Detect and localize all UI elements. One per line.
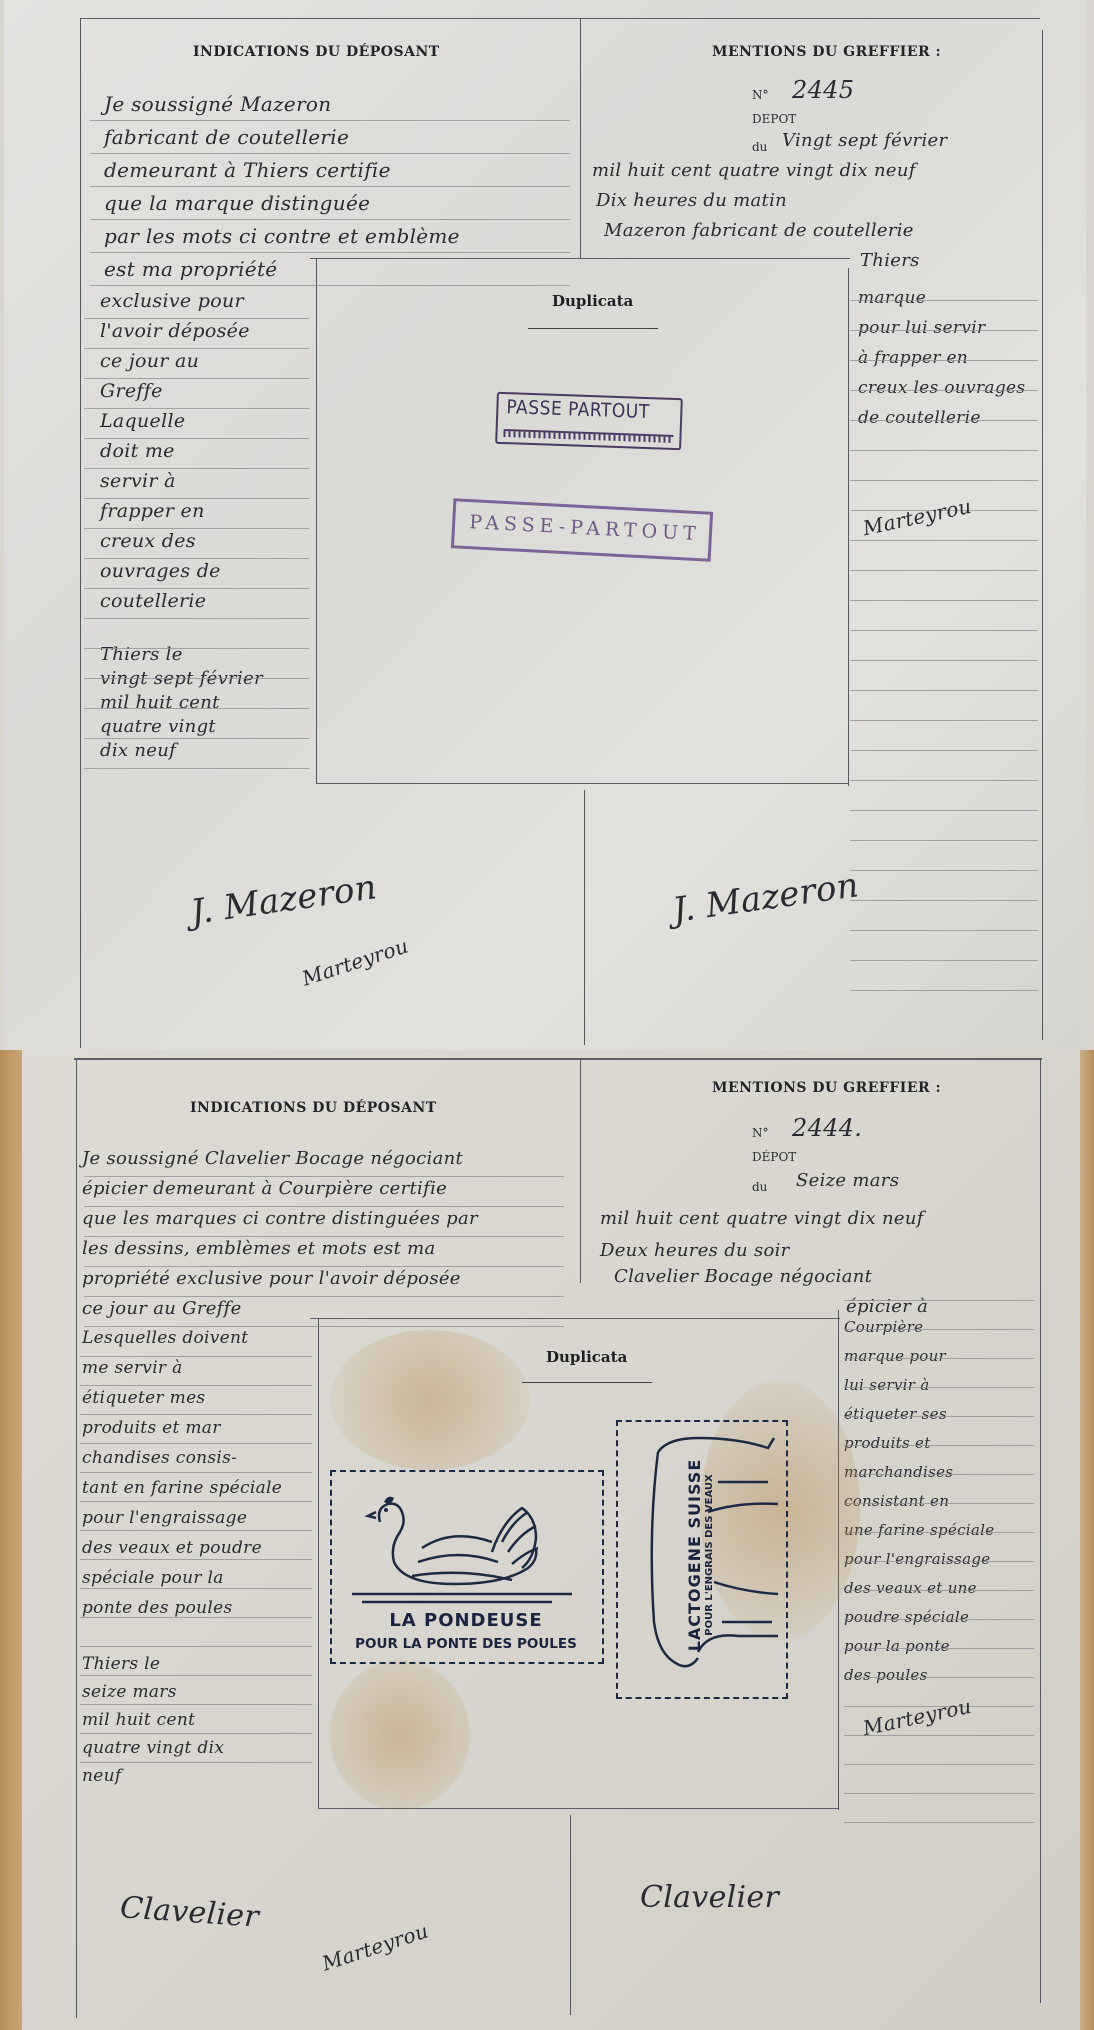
greffier-date-2: mil huit cent quatre vingt dix neuf	[600, 1208, 924, 1229]
ruled-line	[844, 1329, 1034, 1330]
handwritten-line: produits et	[844, 1434, 931, 1452]
ruled-line	[850, 690, 1038, 691]
ruled-line	[80, 1385, 312, 1386]
number-label: N°	[752, 1126, 769, 1140]
ruled-line	[84, 1236, 564, 1237]
depot-label: DEPOT	[752, 112, 796, 126]
handwritten-line: ouvrages de	[100, 560, 221, 582]
ruled-line	[84, 1176, 564, 1177]
ruled-line	[84, 678, 309, 679]
ruled-line	[84, 588, 309, 589]
greffier-time: Dix heures du matin	[596, 190, 787, 211]
duplicata-left	[316, 258, 317, 783]
ruled-line	[844, 1619, 1034, 1620]
handwritten-line: coutellerie	[100, 590, 206, 612]
ruled-line	[84, 708, 309, 709]
handwritten-line: Lesquelles doivent	[82, 1328, 248, 1348]
duplicata-top	[310, 258, 850, 259]
handwritten-line: doit me	[100, 440, 175, 462]
ruled-line	[850, 900, 1038, 901]
ruled-line	[80, 1443, 312, 1444]
ruled-line	[850, 330, 1038, 331]
handwritten-line: Je soussigné Clavelier Bocage négociant	[82, 1148, 463, 1169]
ruled-line	[80, 1762, 312, 1763]
frame-right	[1040, 1058, 1041, 2003]
handwritten-line: par les mots ci contre et emblème	[104, 224, 460, 248]
handwritten-line: quatre vingt	[100, 716, 216, 737]
ruled-line	[850, 480, 1038, 481]
handwritten-line: pour l'engraissage	[82, 1508, 247, 1528]
signature-divider	[570, 1815, 571, 2015]
frame-top	[80, 18, 1040, 19]
deposit-number: 2445	[792, 76, 854, 104]
handwritten-line: tant en farine spéciale	[82, 1478, 282, 1498]
handwritten-line: me servir à	[82, 1358, 183, 1378]
ruled-line	[84, 1296, 564, 1297]
header-deposant: INDICATIONS DU DÉPOSANT	[190, 1100, 437, 1116]
ruled-line	[84, 468, 309, 469]
duplicata-label: Duplicata	[546, 1348, 627, 1366]
ruled-line	[80, 1472, 312, 1473]
ruled-line	[84, 618, 309, 619]
ruled-line	[80, 1559, 312, 1560]
handwritten-line: spéciale pour la	[82, 1568, 224, 1588]
ruled-line	[80, 1501, 312, 1502]
handwritten-line: pour lui servir	[858, 318, 985, 338]
water-stain	[330, 1660, 470, 1810]
handwritten-line: les dessins, emblèmes et mots est ma	[82, 1238, 436, 1259]
greffier-depositor: Clavelier Bocage négociant	[614, 1266, 872, 1287]
handwritten-line: ce jour au	[100, 350, 199, 372]
ruled-line	[84, 498, 309, 499]
duplicata-underline	[528, 328, 658, 329]
number-label: N°	[752, 88, 769, 102]
ruled-line	[850, 630, 1038, 631]
ruled-line	[844, 1300, 1034, 1301]
ruled-line	[80, 1675, 312, 1676]
greffier-date-1: Vingt sept février	[782, 130, 947, 151]
handwritten-line: Thiers le	[82, 1654, 160, 1674]
handwritten-line: marque	[858, 288, 926, 308]
ruled-line	[850, 810, 1038, 811]
ruled-line	[84, 528, 309, 529]
handwritten-line: Laquelle	[100, 410, 185, 432]
lactogene-suisse-text: LACTOGENE SUISSE POUR L'ENGRAIS DES VEAU…	[685, 1455, 715, 1655]
ruled-line	[844, 1445, 1034, 1446]
ruled-line	[844, 1764, 1034, 1765]
ruled-line	[844, 1532, 1034, 1533]
ruled-line	[90, 120, 570, 121]
ruled-line	[84, 768, 309, 769]
ruled-line	[844, 1648, 1034, 1649]
handwritten-line: que la marque distinguée	[104, 191, 370, 215]
ruled-line	[844, 1590, 1034, 1591]
ruled-line	[90, 186, 570, 187]
handwritten-line: ce jour au Greffe	[82, 1298, 242, 1319]
handwritten-line: lui servir à	[844, 1376, 930, 1394]
handwritten-line: de coutellerie	[858, 408, 981, 428]
ruled-line	[850, 780, 1038, 781]
ruled-line	[80, 1704, 312, 1705]
column-divider	[580, 18, 581, 258]
du-label: du	[752, 1180, 767, 1194]
handwritten-line: épicier demeurant à Courpière certifie	[82, 1178, 447, 1199]
handwritten-line: mil huit cent	[82, 1710, 195, 1730]
handwritten-line: une farine spéciale	[844, 1521, 994, 1539]
book-edge-right	[1080, 1050, 1094, 2030]
handwritten-line: exclusive pour	[100, 290, 244, 312]
ruled-line	[850, 570, 1038, 571]
ruled-line	[850, 870, 1038, 871]
la-pondeuse-subtitle: POUR LA PONTE DES POULES	[330, 1636, 602, 1652]
la-pondeuse-label	[330, 1470, 604, 1664]
header-deposant: INDICATIONS DU DÉPOSANT	[193, 44, 440, 60]
ruled-line	[80, 1733, 312, 1734]
signature-deposant-right: Clavelier	[640, 1880, 779, 1915]
handwritten-line: poudre spéciale	[844, 1608, 969, 1626]
ruled-line	[844, 1677, 1034, 1678]
ruled-line	[850, 540, 1038, 541]
duplicata-underline	[522, 1382, 652, 1383]
ruled-line	[84, 1266, 564, 1267]
column-divider	[580, 1058, 581, 1283]
ruled-line	[850, 390, 1038, 391]
handwritten-line: étiqueter ses	[844, 1405, 947, 1423]
greffier-depositor: Mazeron fabricant de coutellerie	[604, 220, 914, 241]
book-edge-left	[0, 1050, 22, 2030]
ruled-line	[84, 348, 309, 349]
handwritten-line: neuf	[82, 1766, 121, 1786]
header-greffier: MENTIONS DU GREFFIER :	[712, 1080, 941, 1096]
ruled-line	[80, 1530, 312, 1531]
ruled-line	[80, 1356, 312, 1357]
handwritten-line: seize mars	[82, 1682, 177, 1702]
hen-icon	[332, 1472, 602, 1612]
handwritten-line: chandises consis-	[82, 1448, 237, 1468]
greffier-date-2: mil huit cent quatre vingt dix neuf	[592, 160, 916, 181]
frame-left	[76, 1058, 77, 2018]
handwritten-line: ponte des poules	[82, 1598, 233, 1618]
ruled-line	[80, 1646, 312, 1647]
passe-partout-stamp-1: PASSE PARTOUT	[495, 392, 683, 450]
ruled-line	[844, 1561, 1034, 1562]
handwritten-line: demeurant à Thiers certifie	[104, 158, 391, 182]
handwritten-line: produits et mar	[82, 1418, 221, 1438]
ruled-line	[80, 1414, 312, 1415]
handwritten-line: à frapper en	[858, 348, 968, 368]
ruled-line	[84, 318, 309, 319]
handwritten-line: fabricant de coutellerie	[104, 125, 349, 149]
saw-blade-icon	[503, 429, 673, 443]
handwritten-line: Je soussigné Mazeron	[104, 92, 331, 116]
stamp-text: PASSE-PARTOUT	[469, 511, 702, 545]
ruled-line	[844, 1416, 1034, 1417]
ruled-line	[850, 990, 1038, 991]
ruled-line	[844, 1387, 1034, 1388]
ruled-line	[84, 408, 309, 409]
ruled-line	[84, 378, 309, 379]
ruled-line	[850, 930, 1038, 931]
ruled-line	[90, 285, 570, 286]
handwritten-line: Greffe	[100, 380, 163, 402]
ruled-line	[850, 360, 1038, 361]
handwritten-line: est ma propriété	[104, 257, 277, 281]
handwritten-line: quatre vingt dix	[82, 1738, 224, 1758]
ruled-line	[84, 1206, 564, 1207]
greffier-date-1: Seize mars	[796, 1170, 899, 1191]
handwritten-line: propriété exclusive pour l'avoir déposée	[82, 1268, 461, 1289]
ruled-line	[850, 300, 1038, 301]
ruled-line	[844, 1474, 1034, 1475]
depot-label: DÉPOT	[752, 1150, 796, 1164]
signature-divider	[584, 790, 585, 1045]
ruled-line	[84, 438, 309, 439]
ruled-line	[90, 219, 570, 220]
ruled-line	[80, 1588, 312, 1589]
duplicata-label: Duplicata	[552, 292, 633, 310]
ruled-line	[850, 840, 1038, 841]
handwritten-line: pour la ponte	[844, 1637, 950, 1655]
frame-top	[74, 1058, 1042, 1060]
handwritten-line: creux les ouvrages	[858, 378, 1025, 398]
deposit-number: 2444.	[792, 1114, 862, 1142]
handwritten-line: frapper en	[100, 500, 205, 522]
ruled-line	[90, 252, 570, 253]
lactogene-subtitle: POUR L'ENGRAIS DES VEAUX	[704, 1455, 715, 1655]
ruled-line	[84, 738, 309, 739]
handwritten-line: Courpière	[844, 1318, 923, 1336]
greffier-time: Deux heures du soir	[600, 1240, 790, 1261]
handwritten-line: mil huit cent	[100, 692, 220, 713]
frame-right	[1042, 30, 1043, 1040]
ruled-line	[84, 558, 309, 559]
handwritten-line: l'avoir déposée	[100, 320, 250, 342]
handwritten-line: marchandises	[844, 1463, 953, 1481]
header-greffier: MENTIONS DU GREFFIER :	[712, 44, 941, 60]
handwritten-line: des veaux et une	[844, 1579, 977, 1597]
du-label: du	[752, 140, 767, 154]
handwritten-line: étiqueter mes	[82, 1388, 205, 1408]
ruled-line	[844, 1793, 1034, 1794]
ruled-line	[850, 450, 1038, 451]
handwritten-line: dix neuf	[100, 740, 176, 761]
handwritten-line: servir à	[100, 470, 176, 492]
duplicata-top	[310, 1318, 840, 1319]
handwritten-line: pour l'engraissage	[844, 1550, 990, 1568]
handwritten-line: marque pour	[844, 1347, 946, 1365]
handwritten-line: des veaux et poudre	[82, 1538, 262, 1558]
ruled-line	[850, 600, 1038, 601]
ruled-line	[850, 420, 1038, 421]
ruled-line	[850, 720, 1038, 721]
la-pondeuse-title: LA PONDEUSE	[336, 1610, 596, 1631]
ruled-line	[850, 750, 1038, 751]
ruled-line	[850, 960, 1038, 961]
water-stain	[330, 1330, 530, 1470]
ruled-line	[844, 1358, 1034, 1359]
greffier-place: Thiers	[860, 250, 920, 271]
frame-left	[80, 18, 81, 1048]
duplicata-bottom	[316, 783, 848, 784]
duplicata-right	[848, 268, 849, 786]
handwritten-line: que les marques ci contre distinguées pa…	[82, 1208, 478, 1229]
ruled-line	[844, 1822, 1034, 1823]
duplicata-left	[318, 1318, 319, 1808]
ruled-line	[84, 648, 309, 649]
ruled-line	[80, 1617, 312, 1618]
ruled-line	[844, 1503, 1034, 1504]
lactogene-title: LACTOGENE SUISSE	[685, 1455, 704, 1655]
ruled-line	[90, 153, 570, 154]
handwritten-line: des poules	[844, 1666, 928, 1684]
ruled-line	[84, 1326, 564, 1327]
handwritten-line: creux des	[100, 530, 196, 552]
ruled-line	[850, 660, 1038, 661]
stamp-text: PASSE PARTOUT	[506, 396, 650, 423]
